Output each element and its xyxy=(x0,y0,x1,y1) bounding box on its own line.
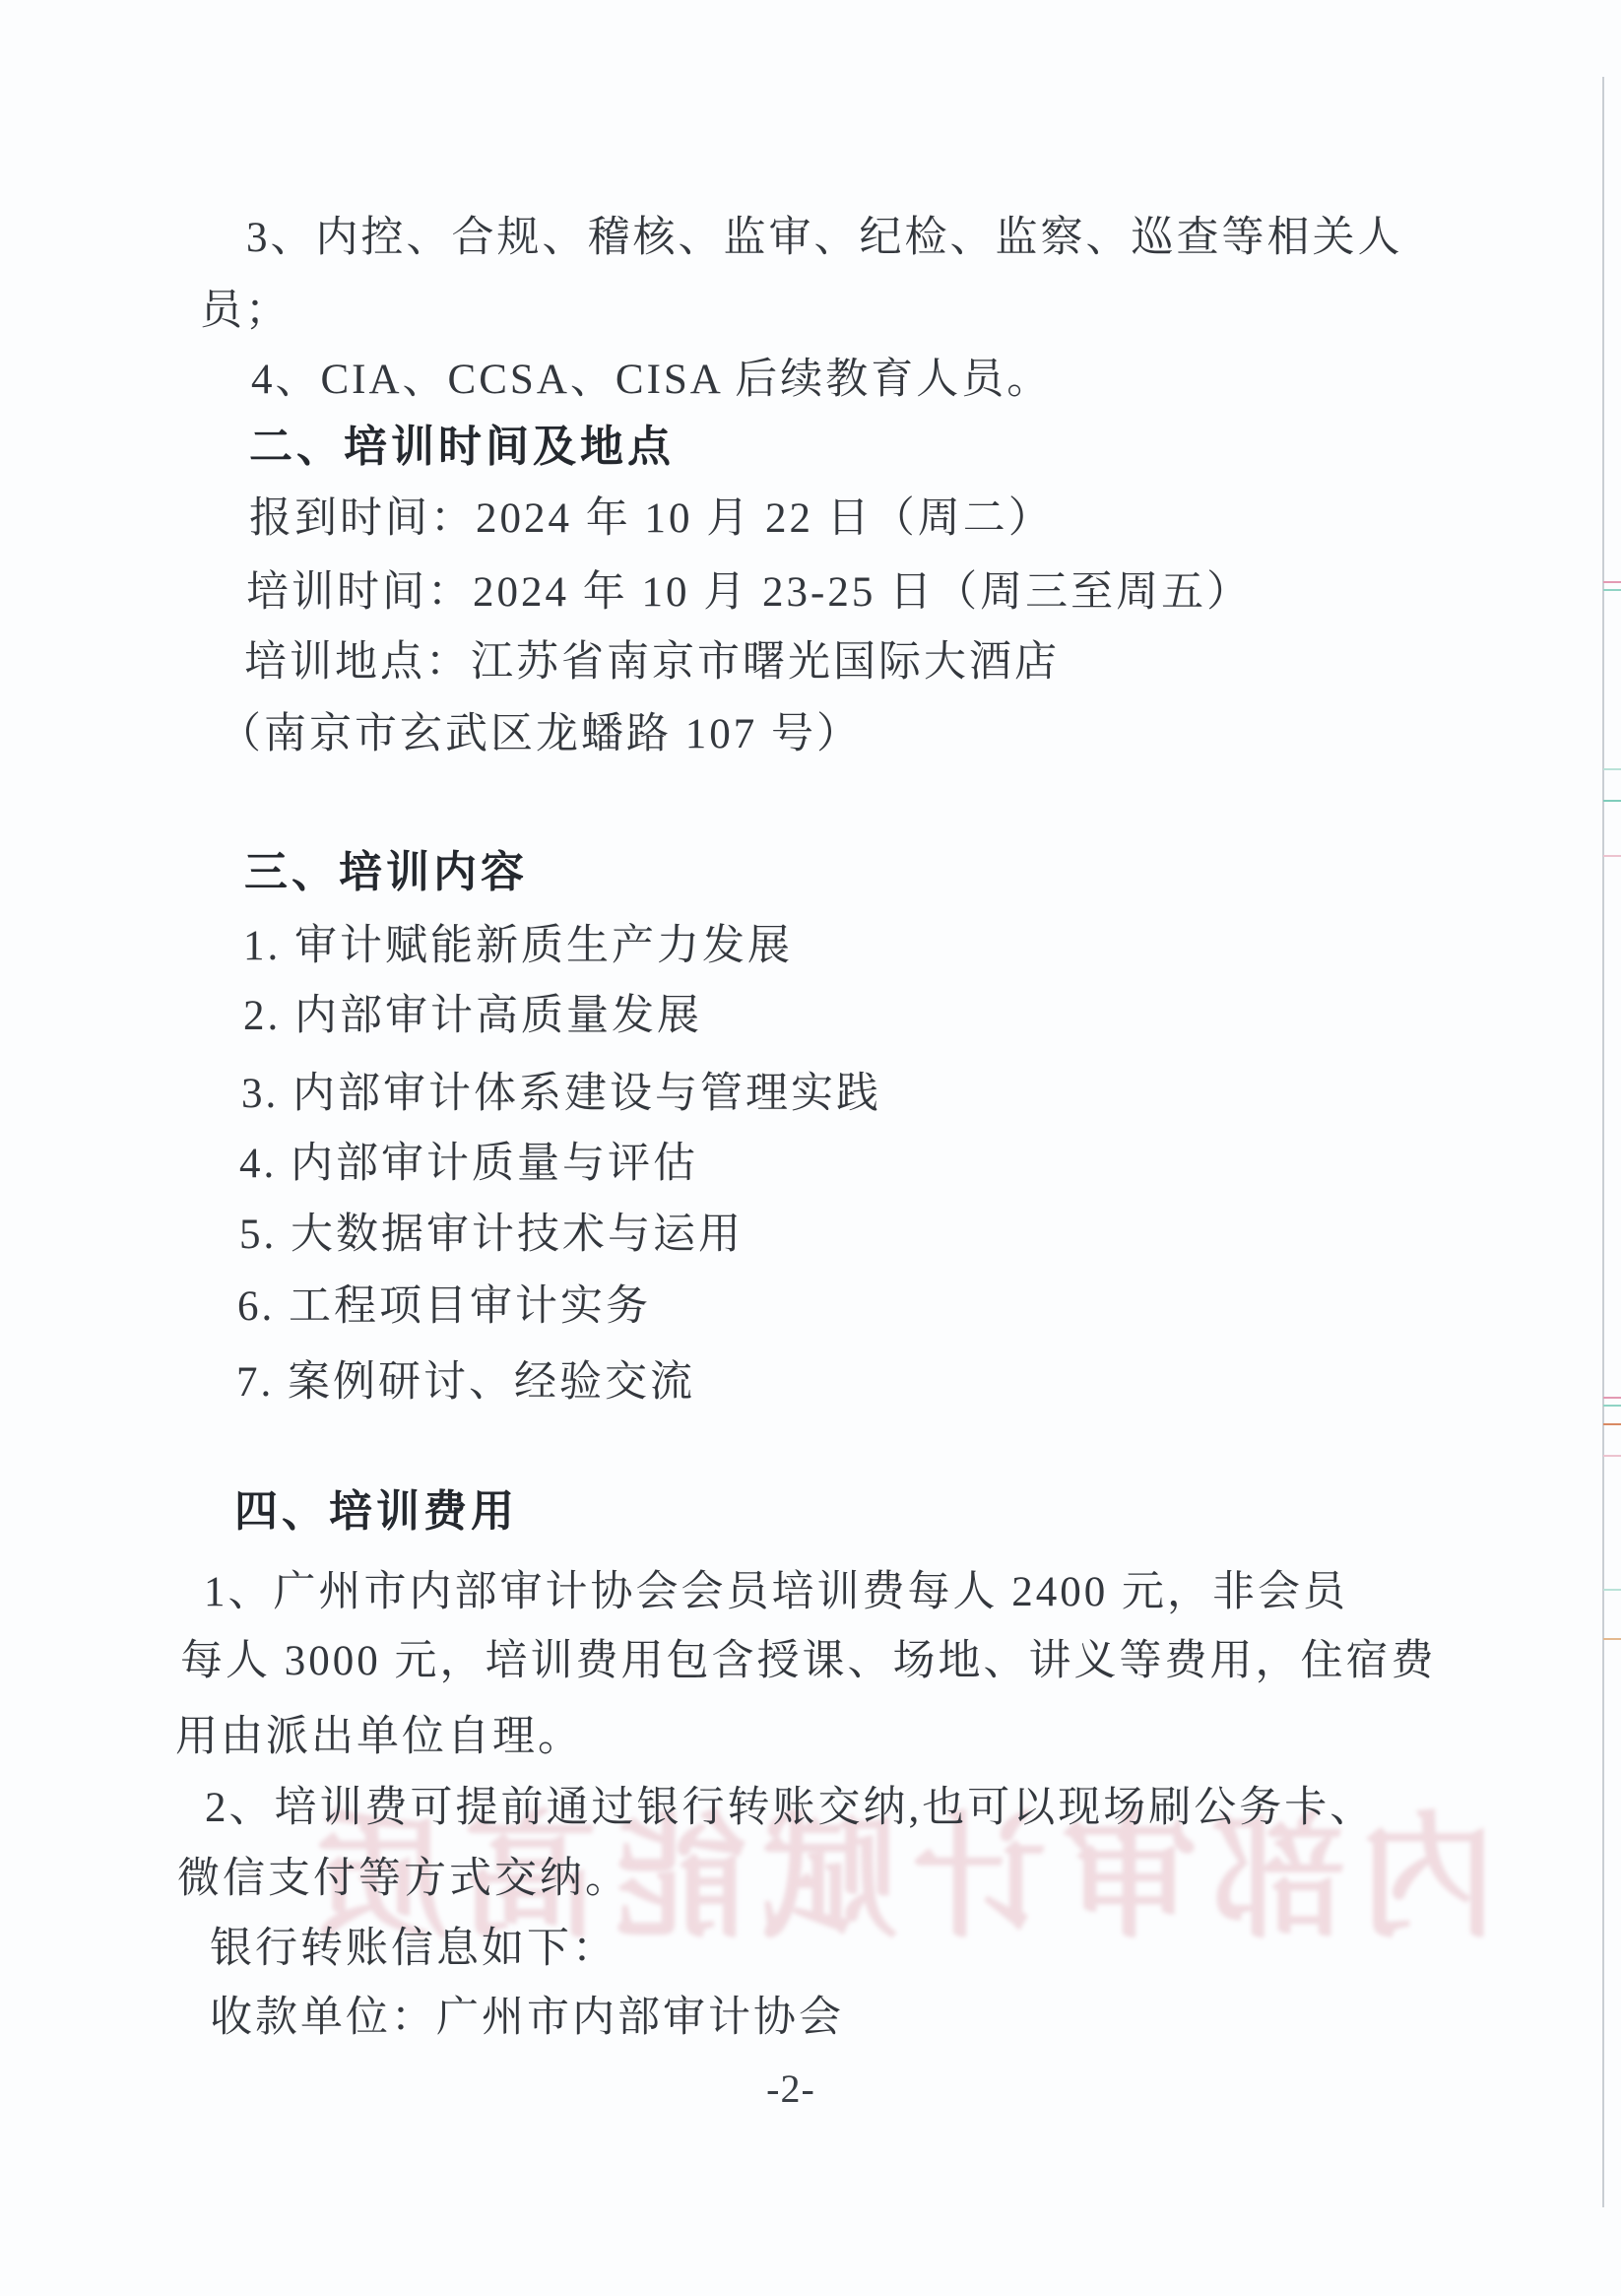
scanned-document-page: 内部审计赋能高质量 3、内控、合规、稽核、监审、纪检、监察、巡查等相关人 员； … xyxy=(0,0,1621,2296)
scan-edge-tick xyxy=(1603,589,1621,591)
training-venue-line: 培训地点：江苏省南京市曙光国际大酒店 xyxy=(244,639,1060,687)
content-item-4: 4. 内部审计质量与评估 xyxy=(239,1141,698,1188)
scan-edge-tick xyxy=(1603,768,1621,770)
scan-edge-line xyxy=(1602,77,1604,2207)
scan-edge-tick xyxy=(1603,1589,1621,1591)
scan-edge-tick xyxy=(1603,1455,1621,1457)
bank-transfer-intro-line: 银行转账信息如下： xyxy=(210,1926,617,1973)
scan-edge-tick xyxy=(1603,855,1621,857)
content-item-7: 7. 案例研讨、经验交流 xyxy=(236,1359,695,1407)
fee-item-2-continued: 微信支付等方式交纳。 xyxy=(177,1856,630,1903)
content-item-2: 2. 内部审计高质量发展 xyxy=(243,993,702,1040)
section-heading-content: 三、培训内容 xyxy=(244,849,528,896)
scan-edge-tick xyxy=(1603,800,1621,802)
check-in-time-line: 报到时间：2024 年 10 月 22 日（周二） xyxy=(249,495,1054,543)
section-heading-time-place: 二、培训时间及地点 xyxy=(249,424,675,471)
content-item-5: 5. 大数据审计技术与运用 xyxy=(239,1212,744,1259)
scan-edge-tick xyxy=(1603,1423,1621,1425)
fee-item-1-line: 1、广州市内部审计协会会员培训费每人 2400 元，非会员 xyxy=(204,1569,1348,1616)
audience-item-3-line: 3、内控、合规、稽核、监审、纪检、监察、巡查等相关人 xyxy=(246,215,1403,262)
audience-item-4-line: 4、CIA、CCSA、CISA 后续教育人员。 xyxy=(251,357,1052,404)
content-item-1: 1. 审计赋能新质生产力发展 xyxy=(243,923,793,970)
scan-edge-tick xyxy=(1603,1405,1621,1407)
scan-edge-tick xyxy=(1603,581,1621,583)
page-number: -2- xyxy=(0,2066,1582,2113)
content-item-6: 6. 工程项目审计实务 xyxy=(237,1283,651,1331)
fee-item-2-line: 2、培训费可提前通过银行转账交纳,也可以现场刷公务卡、 xyxy=(205,1785,1375,1832)
scan-edge-tick xyxy=(1603,1638,1621,1640)
payee-name-line: 收款单位：广州市内部审计协会 xyxy=(210,1995,844,2042)
venue-address-line: （南京市玄武区龙蟠路 107 号） xyxy=(219,711,862,758)
fee-item-1-continued-2: 用由派出单位自理。 xyxy=(175,1714,583,1761)
fee-item-1-continued: 每人 3000 元，培训费用包含授课、场地、讲义等费用，住宿费 xyxy=(180,1638,1437,1685)
section-heading-fees: 四、培训费用 xyxy=(234,1488,518,1536)
scan-edge-tick xyxy=(1603,1397,1621,1399)
training-time-line: 培训时间：2024 年 10 月 23-25 日（周三至周五） xyxy=(246,569,1252,617)
content-item-3: 3. 内部审计体系建设与管理实践 xyxy=(241,1071,881,1118)
audience-item-3-continued: 员； xyxy=(200,288,291,335)
